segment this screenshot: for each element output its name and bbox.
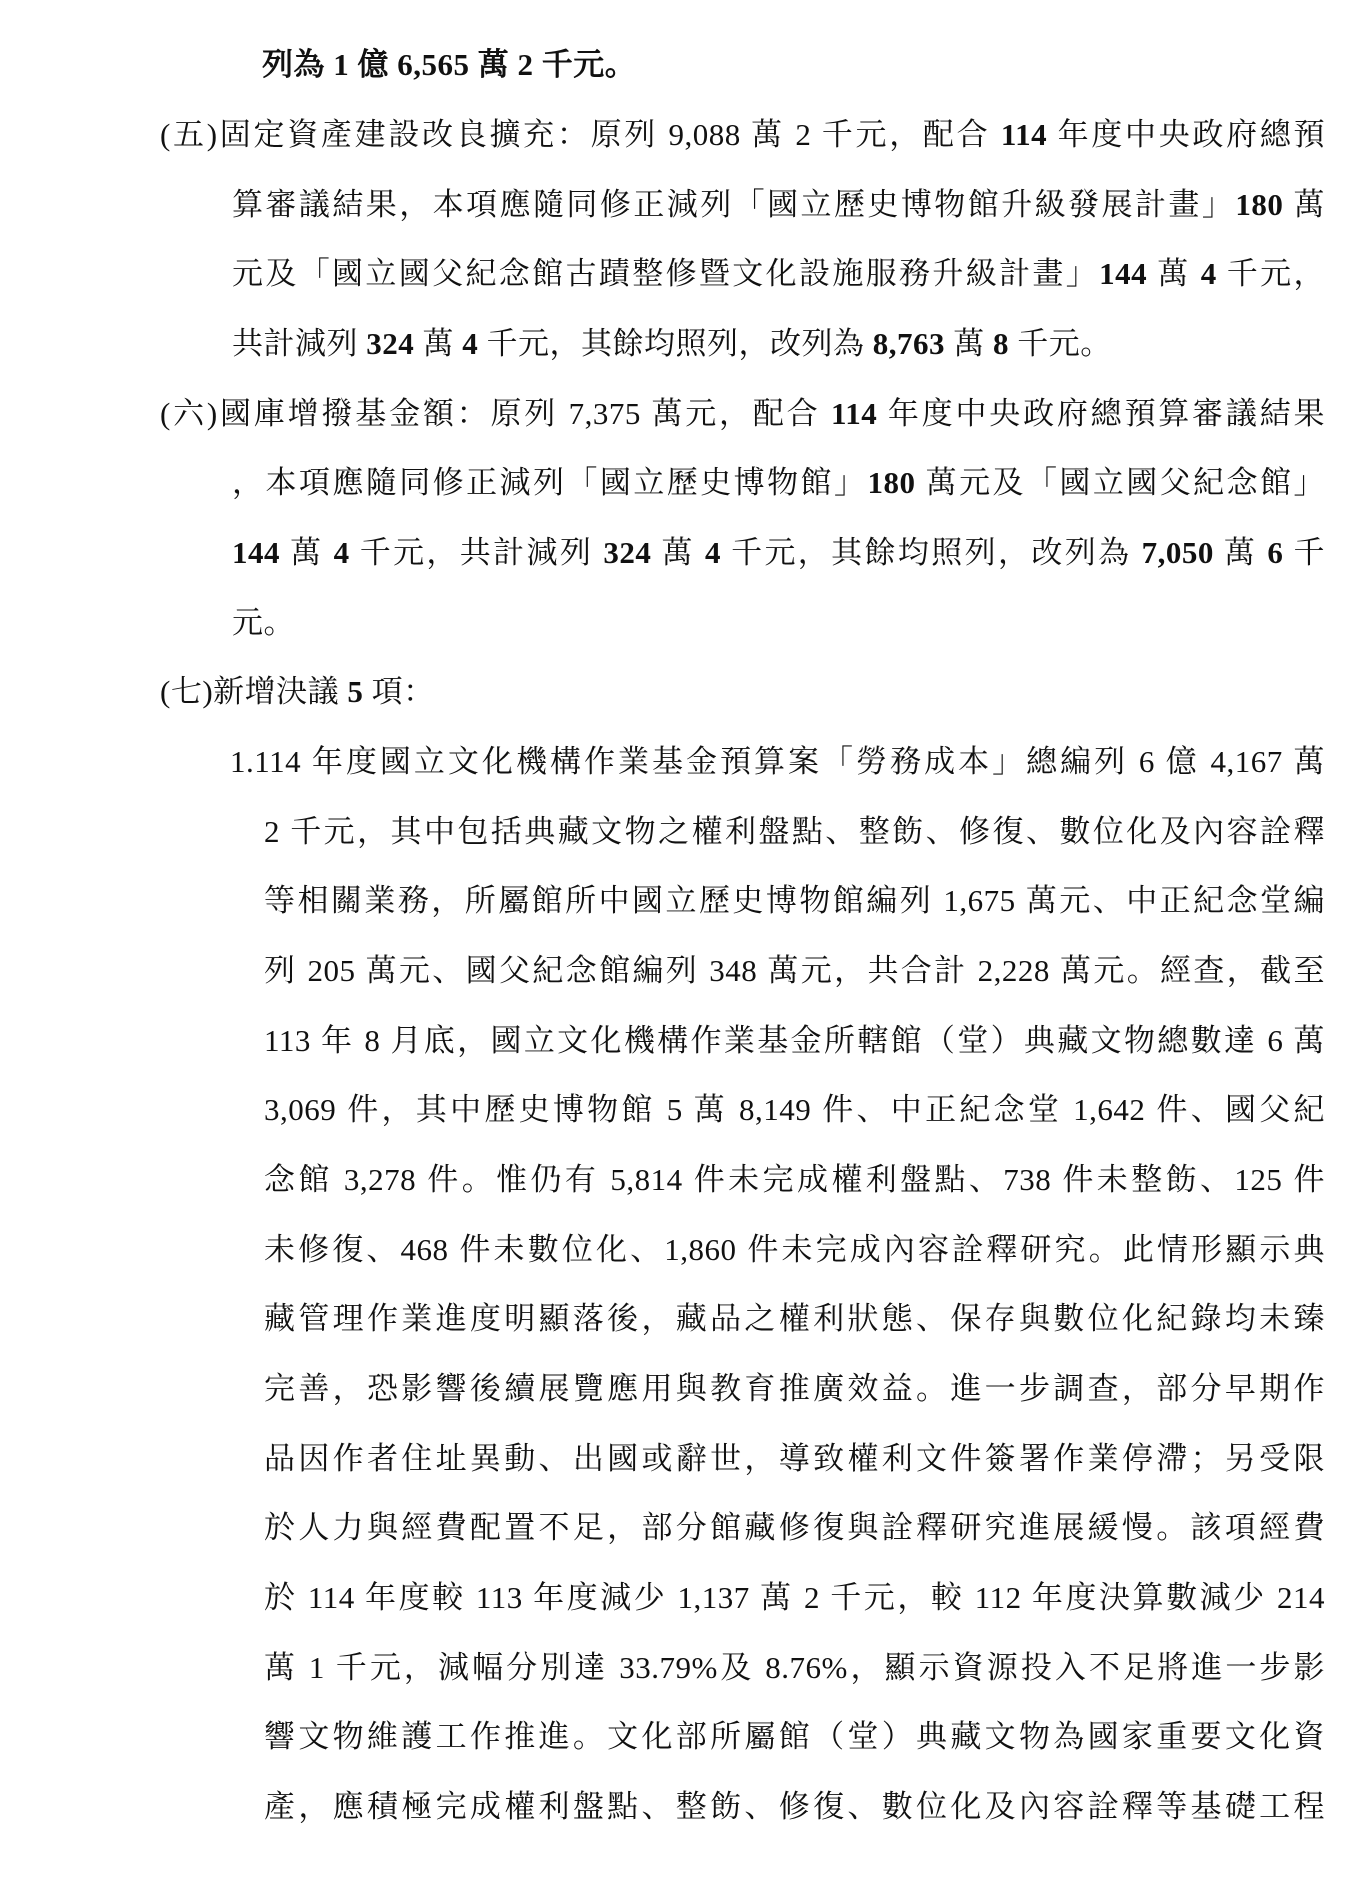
resolution-1-line-3: 等相關業務，所屬館所中國立歷史博物館編列 1,675 萬元、中正紀念堂編 <box>264 881 1325 921</box>
resolution-1-line-13: 於 114 年度較 113 年度減少 1,137 萬 2 千元，較 112 年度… <box>264 1578 1325 1618</box>
resolution-1-line-8: 未修復、468 件未數位化、1,860 件未完成內容詮釋研究。此情形顯示典 <box>264 1230 1325 1270</box>
section-7-heading: (七)新增決議 5 項： <box>160 672 435 712</box>
resolution-1-line-14: 萬 1 千元，減幅分別達 33.79%及 8.76%，顯示資源投入不足將進一步影 <box>264 1648 1325 1688</box>
resolution-1-line-2: 2 千元，其中包括典藏文物之權利盤點、整飭、修復、數位化及內容詮釋 <box>264 812 1325 852</box>
resolution-1-line-7: 念館 3,278 件。惟仍有 5,814 件未完成權利盤點、738 件未整飭、1… <box>264 1160 1325 1200</box>
resolution-1-line-12: 於人力與經費配置不足，部分館藏修復與詮釋研究進展緩慢。該項經費 <box>264 1508 1325 1548</box>
section-5-line-2: 算審議結果，本項應隨同修正減列「國立歷史博物館升級發展計畫」180 萬 <box>232 185 1325 225</box>
section-6-line-2: ，本項應隨同修正減列「國立歷史博物館」180 萬元及「國立國父紀念館」 <box>232 463 1325 503</box>
section-6-line-1: (六)國庫增撥基金額：原列 7,375 萬元，配合 114 年度中央政府總預算審… <box>160 394 1325 434</box>
resolution-1-line-1: 1.114 年度國立文化機構作業基金預算案「勞務成本」總編列 6 億 4,167… <box>230 742 1325 782</box>
section-6-line-4: 元。 <box>232 603 295 643</box>
resolution-1-line-5: 113 年 8 月底，國立文化機構作業基金所轄館（堂）典藏文物總數達 6 萬 <box>264 1021 1325 1061</box>
resolution-1-line-15: 響文物維護工作推進。文化部所屬館（堂）典藏文物為國家重要文化資 <box>264 1717 1325 1757</box>
resolution-1-line-6: 3,069 件，其中歷史博物館 5 萬 8,149 件、中正紀念堂 1,642 … <box>264 1090 1325 1130</box>
section-5-line-1: (五)固定資產建設改良擴充：原列 9,088 萬 2 千元，配合 114 年度中… <box>160 115 1325 155</box>
resolution-1-line-9: 藏管理作業進度明顯落後，藏品之權利狀態、保存與數位化紀錄均未臻 <box>264 1299 1325 1339</box>
resolution-1-line-11: 品因作者住址異動、出國或辭世，導致權利文件簽署作業停滯；另受限 <box>264 1439 1325 1479</box>
resolution-1-line-4: 列 205 萬元、國父紀念館編列 348 萬元，共合計 2,228 萬元。經查，… <box>264 951 1325 991</box>
section-6-line-3: 144 萬 4 千元，共計減列 324 萬 4 千元，其餘均照列，改列為 7,0… <box>232 533 1325 573</box>
text: (五)固定資產建設改良擴充：原列 9,088 萬 2 千元，配合 114 年度中… <box>160 117 1325 152</box>
continuation-line: 列為 1 億 6,565 萬 2 千元。 <box>262 45 636 85</box>
section-5-line-4: 共計減列 324 萬 4 千元，其餘均照列，改列為 8,763 萬 8 千元。 <box>232 324 1112 364</box>
resolution-1-line-16: 產，應積極完成權利盤點、整飭、修復、數位化及內容詮釋等基礎工程 <box>264 1787 1325 1827</box>
section-5-line-3: 元及「國立國父紀念館古蹟整修暨文化設施服務升級計畫」144 萬 4 千元， <box>232 254 1325 294</box>
resolution-1-line-10: 完善，恐影響後續展覽應用與教育推廣效益。進一步調查，部分早期作 <box>264 1369 1325 1409</box>
